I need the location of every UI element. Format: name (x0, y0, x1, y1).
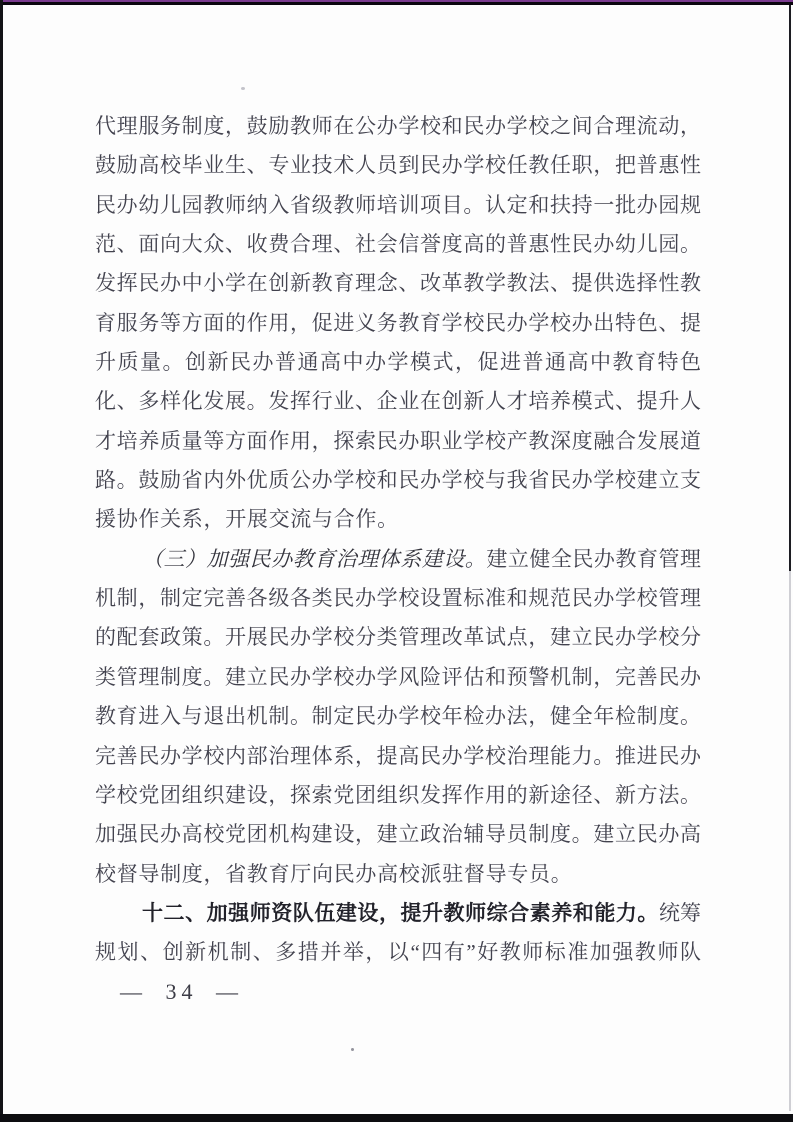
body-line-subsection-heading: （三）加强民办教育治理体系建设。建立健全民办教育管理 (95, 540, 701, 579)
scanned-page: 代理服务制度，鼓励教师在公办学校和民办学校之间合理流动， 鼓励高校毕业生、专业技… (0, 0, 793, 1122)
body-line: 的配套政策。开展民办学校分类管理改革试点，建立民办学校分 (95, 618, 701, 657)
body-line: 代理服务制度，鼓励教师在公办学校和民办学校之间合理流动， (95, 107, 701, 146)
page-number-footer: — 34 — (120, 977, 243, 1007)
body-text: 代理服务制度，鼓励教师在公办学校和民办学校之间合理流动， (95, 114, 701, 138)
body-text: 发挥民办中小学在创新教育理念、改革教学教法、提供选择性教 (95, 271, 701, 295)
body-line: 民办幼儿园教师纳入省级教师培训项目。认定和扶持一批办园规 (95, 186, 701, 225)
body-line-paragraph-end: 校督导制度，省教育厅向民办高校派驻督导专员。 (95, 855, 701, 894)
scan-edge-left (0, 0, 3, 1122)
body-text: 加强民办高校党团机构建设，建立政治辅导员制度。建立民办高 (95, 822, 701, 846)
body-text: 升质量。创新民办普通高中办学模式，促进普通高中教育特色 (95, 350, 701, 374)
body-text: 才培养质量等方面作用，探索民办职业学校产教深度融合发展道 (95, 429, 701, 453)
section-heading-text: 十二、加强师资队伍建设，提升教师综合素养和能力。 (142, 902, 659, 925)
body-line: 发挥民办中小学在创新教育理念、改革教学教法、提供选择性教 (95, 264, 701, 303)
scan-speck (351, 1048, 354, 1051)
body-text: 建立健全民办教育管理 (486, 547, 701, 571)
body-line: 教育进入与退出机制。制定民办学校年检办法，健全年检制度。 (95, 697, 701, 736)
subsection-heading-text: （三）加强民办教育治理体系建设。 (142, 547, 486, 571)
body-line: 升质量。创新民办普通高中办学模式，促进普通高中教育特色 (95, 343, 701, 382)
body-text: 民办幼儿园教师纳入省级教师培训项目。认定和扶持一批办园规 (95, 193, 701, 217)
body-text: 鼓励高校毕业生、专业技术人员到民办学校任教任职，把普惠性 (95, 153, 701, 177)
body-text: 育服务等方面的作用，促进义务教育学校民办学校办出特色、提 (95, 311, 701, 335)
scan-edge-right-dark (789, 5, 791, 571)
body-line: 化、多样化发展。发挥行业、企业在创新人才培养模式、提升人 (95, 382, 701, 421)
body-line: 路。鼓励省内外优质公办学校和民办学校与我省民办学校建立支 (95, 461, 701, 500)
scan-edge-top (0, 0, 793, 5)
body-text: 规划、创新机制、多措并举，以“四有”好教师标准加强教师队 (95, 940, 701, 964)
body-line: 才培养质量等方面作用，探索民办职业学校产教深度融合发展道 (95, 422, 701, 461)
body-text: 路。鼓励省内外优质公办学校和民办学校与我省民办学校建立支 (95, 468, 701, 492)
body-text: 类管理制度。建立民办学校办学风险评估和预警机制，完善民办 (95, 665, 701, 689)
scan-edge-bottom (0, 1114, 793, 1122)
body-text: 学校党团组织建设，探索党团组织发挥作用的新途径、新方法。 (95, 783, 701, 807)
body-line: 范、面向大众、收费合理、社会信誉度高的普惠性民办幼儿园。 (95, 225, 701, 264)
body-text: 校督导制度，省教育厅向民办高校派驻督导专员。 (95, 862, 572, 886)
body-line: 加强民办高校党团机构建设，建立政治辅导员制度。建立民办高 (95, 815, 701, 854)
body-text: 化、多样化发展。发挥行业、企业在创新人才培养模式、提升人 (95, 389, 701, 413)
body-line: 类管理制度。建立民办学校办学风险评估和预警机制，完善民办 (95, 658, 701, 697)
body-line: 规划、创新机制、多措并举，以“四有”好教师标准加强教师队 (95, 933, 701, 972)
body-line: 完善民办学校内部治理体系，提高民办学校治理能力。推进民办 (95, 737, 701, 776)
scan-edge-right-faint (789, 571, 791, 1111)
body-line: 鼓励高校毕业生、专业技术人员到民办学校任教任职，把普惠性 (95, 146, 701, 185)
body-line: 学校党团组织建设，探索党团组织发挥作用的新途径、新方法。 (95, 776, 701, 815)
body-text: 的配套政策。开展民办学校分类管理改革试点，建立民办学校分 (95, 625, 701, 649)
body-text: 援协作关系，开展交流与合作。 (95, 507, 399, 531)
body-text: 教育进入与退出机制。制定民办学校年检办法，健全年检制度。 (95, 704, 701, 728)
body-line: 育服务等方面的作用，促进义务教育学校民办学校办出特色、提 (95, 304, 701, 343)
body-text: 完善民办学校内部治理体系，提高民办学校治理能力。推进民办 (95, 744, 701, 768)
body-line-paragraph-end: 援协作关系，开展交流与合作。 (95, 500, 701, 539)
body-text: 范、面向大众、收费合理、社会信誉度高的普惠性民办幼儿园。 (95, 232, 701, 256)
scan-speck (241, 87, 245, 90)
body-line-section-heading: 十二、加强师资队伍建设，提升教师综合素养和能力。统筹 (95, 894, 701, 933)
body-text: 统筹 (659, 901, 701, 925)
body-text: 机制，制定完善各级各类民办学校设置标准和规范民办学校管理 (95, 586, 701, 610)
body-line: 机制，制定完善各级各类民办学校设置标准和规范民办学校管理 (95, 579, 701, 618)
document-body: 代理服务制度，鼓励教师在公办学校和民办学校之间合理流动， 鼓励高校毕业生、专业技… (95, 107, 701, 973)
